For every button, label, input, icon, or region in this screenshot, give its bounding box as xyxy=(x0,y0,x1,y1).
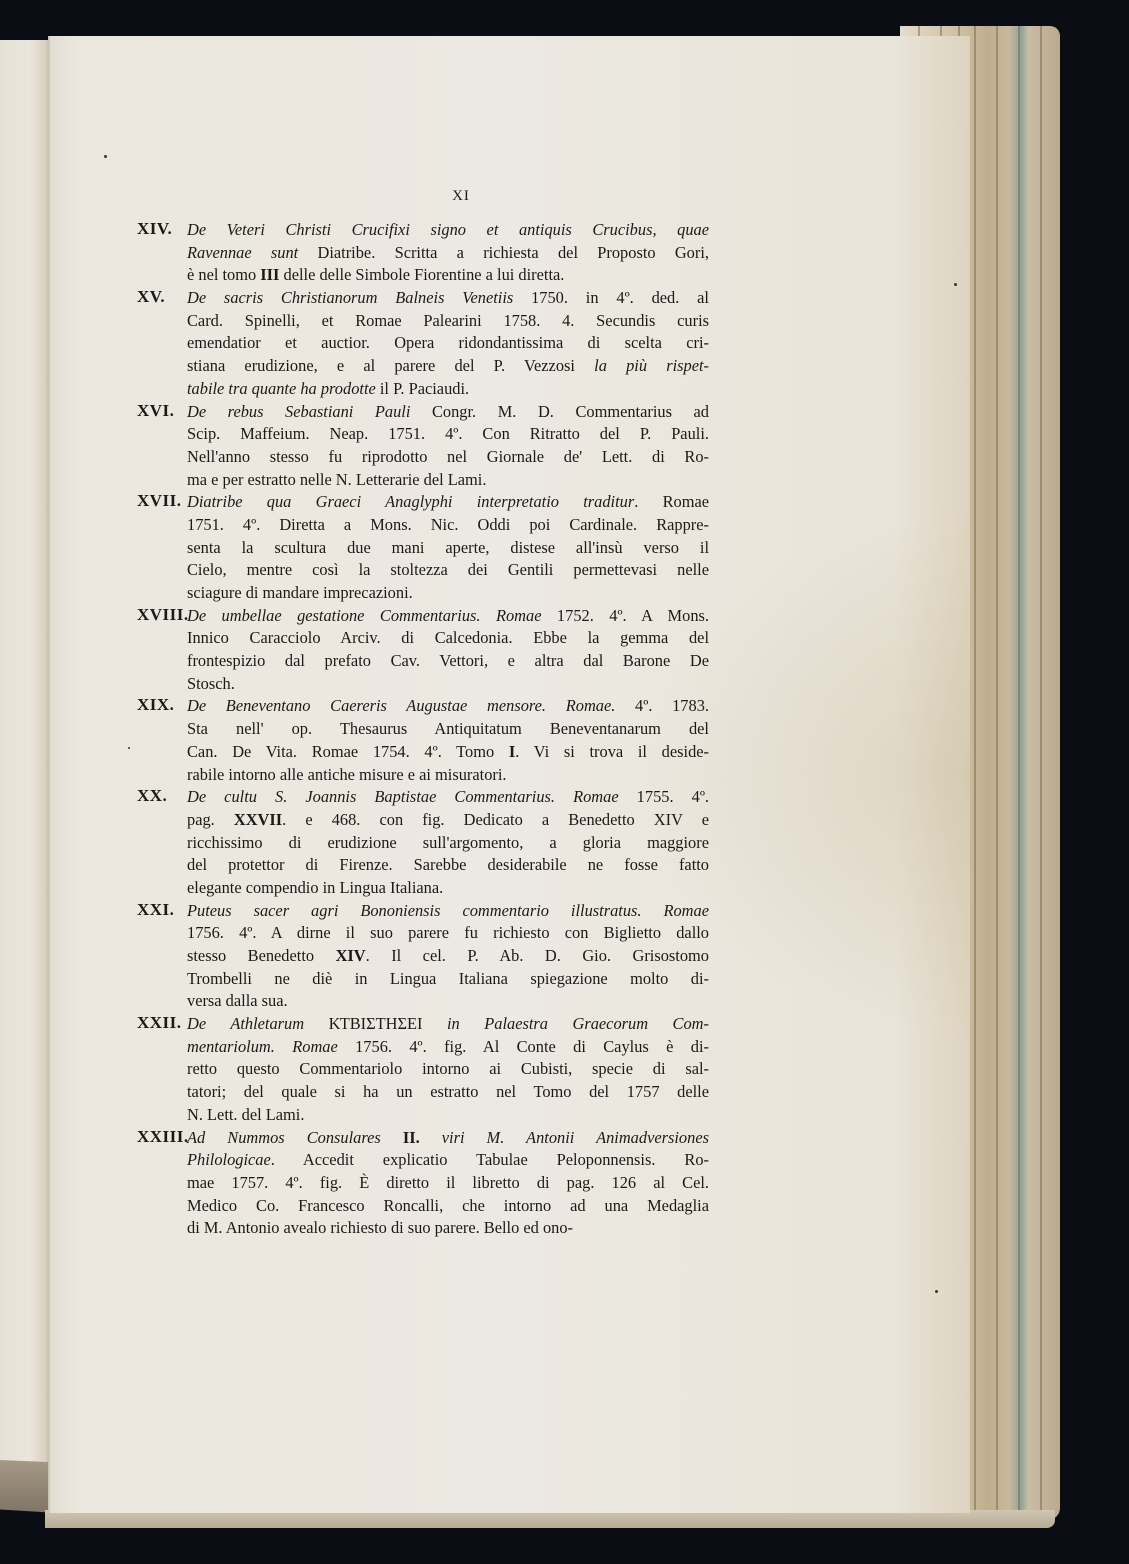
entry-text-line: emendatior et auctior. Opera ridondantis… xyxy=(187,332,709,355)
entry-text-line: stiana erudizione, e al parere del P. Ve… xyxy=(187,355,709,378)
entry-text-line: sciagure di mandare imprecazioni. xyxy=(187,582,709,605)
entry-text-line: Card. Spinelli, et Romae Palearini 1758.… xyxy=(187,310,709,333)
entry-text-line: Scip. Maffeium. Neap. 1751. 4º. Con Ritr… xyxy=(187,423,709,446)
body-text: Stosch. xyxy=(187,674,235,693)
italic-title-text: De rebus Sebastiani Pauli xyxy=(187,402,410,421)
entry-number: XIX. xyxy=(137,695,174,715)
entry-text-line: stesso Benedetto XIV. Il cel. P. Ab. D. … xyxy=(187,945,709,968)
italic-title-text: Philologicae xyxy=(187,1150,271,1169)
body-text: ΚΤΒΙΣΤΗΣΕΙ xyxy=(304,1014,447,1033)
left-page-edge xyxy=(0,40,50,1470)
entry-text-line: pag. XXVII. e 468. con fig. Dedicato a B… xyxy=(187,809,709,832)
entry-text-line: De rebus Sebastiani Pauli Congr. M. D. C… xyxy=(187,401,709,424)
paper-speck xyxy=(935,1290,938,1293)
entry-text-line: Puteus sacer agri Bononiensis commentari… xyxy=(187,900,709,923)
entry-text-line: Philologicae. Accedit explicatio Tabulae… xyxy=(187,1149,709,1172)
body-text: 1756. 4º. A dirne il suo parere fu richi… xyxy=(187,923,709,942)
body-text: . Vi si trova il deside- xyxy=(515,742,709,761)
body-text: 1755. 4º. xyxy=(619,787,709,806)
entry-text-line: retto questo Commentariolo intorno ai Cu… xyxy=(187,1058,709,1081)
entry-text-line: tabile tra quante ha prodotte il P. Paci… xyxy=(187,378,709,401)
entry-text-line: 1751. 4º. Diretta a Mons. Nic. Oddi poi … xyxy=(187,514,709,537)
body-text: III xyxy=(260,265,279,284)
body-text: Cielo, mentre così la stoltezza dei Gent… xyxy=(187,560,709,579)
entry-text-line: Can. De Vita. Romae 1754. 4º. Tomo I. Vi… xyxy=(187,741,709,764)
body-text: sciagure di mandare imprecazioni. xyxy=(187,583,413,602)
entry-number: XX. xyxy=(137,786,167,806)
body-text: emendatior et auctior. Opera ridondantis… xyxy=(187,333,709,352)
italic-title-text: De umbellae gestatione Commentarius. Rom… xyxy=(187,606,541,625)
bibliography-entry: XV.De sacris Christianorum Balneis Venet… xyxy=(137,287,709,400)
italic-title-text: De Veteri Christi Crucifixi signo et ant… xyxy=(187,220,709,239)
italic-title-text: in Palaestra Graecorum Com- xyxy=(447,1014,709,1033)
italic-title-text: Ravennae sunt xyxy=(187,243,298,262)
entry-text-line: mentariolum. Romae 1756. 4º. fig. Al Con… xyxy=(187,1036,709,1059)
body-text: . Accedit explicatio Tabulae Peloponnens… xyxy=(271,1150,709,1169)
entry-text-line: 1756. 4º. A dirne il suo parere fu richi… xyxy=(187,922,709,945)
body-text: Nell'anno stesso fu riprodotto nel Giorn… xyxy=(187,447,709,466)
entry-text-line: Ravennae sunt Diatribe. Scritta a richie… xyxy=(187,242,709,265)
body-text: II. xyxy=(381,1128,442,1147)
bibliography-entry: XIV.De Veteri Christi Crucifixi signo et… xyxy=(137,219,709,287)
entry-text-line: Medico Co. Francesco Roncalli, che intor… xyxy=(187,1195,709,1218)
body-text: 1751. 4º. Diretta a Mons. Nic. Oddi poi … xyxy=(187,515,709,534)
entry-text-line: Stosch. xyxy=(187,673,709,696)
body-text: pag. xyxy=(187,810,234,829)
italic-title-text: De Beneventano Caereris Augustae mensore… xyxy=(187,696,615,715)
body-text: Card. Spinelli, et Romae Palearini 1758.… xyxy=(187,311,709,330)
body-text: ricchissimo di erudizione sull'argomento… xyxy=(187,833,709,852)
entry-number: XIV. xyxy=(137,219,172,239)
entry-number: XXII. xyxy=(137,1013,182,1033)
entry-text-line: Ad Nummos Consulares II. viri M. Antonii… xyxy=(187,1127,709,1150)
body-text: Diatribe. Scritta a richiesta del Propos… xyxy=(298,243,709,262)
entry-number: XXI. xyxy=(137,900,174,920)
body-text: 1752. 4º. A Mons. xyxy=(541,606,709,625)
body-text: è nel tomo xyxy=(187,265,260,284)
italic-title-text: la più rispet- xyxy=(594,356,709,375)
entry-text-line: mae 1757. 4º. fig. È diretto il libretto… xyxy=(187,1172,709,1195)
entry-text-line: elegante compendio in Lingua Italiana. xyxy=(187,877,709,900)
body-text: ma e per estratto nelle N. Letterarie de… xyxy=(187,470,486,489)
entry-text-line: versa dalla sua. xyxy=(187,990,709,1013)
body-text: . e 468. con fig. Dedicato a Benedetto X… xyxy=(282,810,709,829)
entry-number: XVI. xyxy=(137,401,174,421)
body-text: Medico Co. Francesco Roncalli, che intor… xyxy=(187,1196,709,1215)
entry-text-line: di M. Antonio avealo richiesto di suo pa… xyxy=(187,1217,709,1240)
entry-text-line: Innico Caracciolo Arciv. di Calcedonia. … xyxy=(187,627,709,650)
body-text: Scip. Maffeium. Neap. 1751. 4º. Con Ritr… xyxy=(187,424,709,443)
entry-text-line: De umbellae gestatione Commentarius. Rom… xyxy=(187,605,709,628)
bibliography-entry: XVI.De rebus Sebastiani Pauli Congr. M. … xyxy=(137,401,709,492)
body-text: senta la scultura due mani aperte, diste… xyxy=(187,538,709,557)
entry-text-line: del protettor di Firenze. Sarebbe deside… xyxy=(187,854,709,877)
body-text: N. Lett. del Lami. xyxy=(187,1105,304,1124)
body-text: stesso Benedetto xyxy=(187,946,336,965)
italic-title-text: Ad Nummos Consulares xyxy=(187,1128,381,1147)
bibliography-entry: XX.De cultu S. Joannis Baptistae Comment… xyxy=(137,786,709,899)
italic-title-text: De cultu S. Joannis Baptistae Commentari… xyxy=(187,787,619,806)
bibliography-entry: XIX.De Beneventano Caereris Augustae men… xyxy=(137,695,709,786)
body-text: Innico Caracciolo Arciv. di Calcedonia. … xyxy=(187,628,709,647)
body-text: XIV xyxy=(336,946,366,965)
body-text: stiana erudizione, e al parere del P. Ve… xyxy=(187,356,594,375)
body-text: versa dalla sua. xyxy=(187,991,288,1010)
body-text: . Il cel. P. Ab. D. Gio. Grisostomo xyxy=(366,946,709,965)
entry-text-line: De sacris Christianorum Balneis Venetiis… xyxy=(187,287,709,310)
body-text: 1750. in 4º. ded. al xyxy=(513,288,709,307)
entry-text-line: rabile intorno alle antiche misure e ai … xyxy=(187,764,709,787)
bibliography-entry: XXI.Puteus sacer agri Bononiensis commen… xyxy=(137,900,709,1013)
bibliography-entry: XVII.Diatribe qua Graeci Anaglyphi inter… xyxy=(137,491,709,604)
body-text: 4º. 1783. xyxy=(615,696,709,715)
entry-text-line: tatori; del quale si ha un estratto nel … xyxy=(187,1081,709,1104)
body-text: tatori; del quale si ha un estratto nel … xyxy=(187,1082,709,1101)
body-text: . Romae xyxy=(634,492,709,511)
entry-text-line: è nel tomo III delle delle Simbole Fiore… xyxy=(187,264,709,287)
entry-text-line: senta la scultura due mani aperte, diste… xyxy=(187,537,709,560)
body-text: Congr. M. D. Commentarius ad xyxy=(410,402,709,421)
italic-title-text: tabile tra quante ha prodotte xyxy=(187,379,376,398)
page-number: XI xyxy=(441,188,481,205)
paper-speck xyxy=(128,747,130,749)
body-text: retto questo Commentariolo intorno ai Cu… xyxy=(187,1059,709,1078)
entry-text-line: ma e per estratto nelle N. Letterarie de… xyxy=(187,469,709,492)
paper-speck xyxy=(104,155,107,158)
body-text: XXVII xyxy=(234,810,282,829)
body-text: del protettor di Firenze. Sarebbe deside… xyxy=(187,855,709,874)
body-text: Sta nell' op. Thesaurus Antiquitatum Ben… xyxy=(187,719,709,738)
italic-title-text: mentariolum. Romae xyxy=(187,1037,338,1056)
entry-text-line: frontespizio dal prefato Cav. Vettori, e… xyxy=(187,650,709,673)
body-text: il P. Paciaudi. xyxy=(376,379,469,398)
bibliography-entry: XXII.De Athletarum ΚΤΒΙΣΤΗΣΕΙ in Palaest… xyxy=(137,1013,709,1126)
italic-title-text: De Athletarum xyxy=(187,1014,304,1033)
entry-number: XV. xyxy=(137,287,165,307)
body-text: frontespizio dal prefato Cav. Vettori, e… xyxy=(187,651,709,670)
entry-text-line: Trombelli ne diè in Lingua Italiana spie… xyxy=(187,968,709,991)
entry-text-line: Cielo, mentre così la stoltezza dei Gent… xyxy=(187,559,709,582)
entry-text-line: ricchissimo di erudizione sull'argomento… xyxy=(187,832,709,855)
italic-title-text: viri M. Antonii Animadversiones xyxy=(442,1128,709,1147)
body-text: rabile intorno alle antiche misure e ai … xyxy=(187,765,507,784)
entry-text-line: De Athletarum ΚΤΒΙΣΤΗΣΕΙ in Palaestra Gr… xyxy=(187,1013,709,1036)
body-text: Trombelli ne diè in Lingua Italiana spie… xyxy=(187,969,709,988)
body-text: Can. De Vita. Romae 1754. 4º. Tomo xyxy=(187,742,509,761)
bibliography-entry: XVIII.De umbellae gestatione Commentariu… xyxy=(137,605,709,696)
entry-text-line: Diatribe qua Graeci Anaglyphi interpreta… xyxy=(187,491,709,514)
entry-text-line: De Beneventano Caereris Augustae mensore… xyxy=(187,695,709,718)
italic-title-text: De sacris Christianorum Balneis Venetiis xyxy=(187,288,513,307)
italic-title-text: Puteus sacer agri Bononiensis commentari… xyxy=(187,901,709,920)
paper-speck xyxy=(954,283,957,286)
body-text: 1756. 4º. fig. Al Conte di Caylus è di- xyxy=(338,1037,709,1056)
bibliography-list: XIV.De Veteri Christi Crucifixi signo et… xyxy=(137,219,709,1240)
body-text: elegante compendio in Lingua Italiana. xyxy=(187,878,443,897)
entry-text-line: Sta nell' op. Thesaurus Antiquitatum Ben… xyxy=(187,718,709,741)
entry-text-line: De Veteri Christi Crucifixi signo et ant… xyxy=(187,219,709,242)
body-text: delle delle Simbole Fiorentine a lui dir… xyxy=(279,265,564,284)
entry-text-line: De cultu S. Joannis Baptistae Commentari… xyxy=(187,786,709,809)
entry-text-line: Nell'anno stesso fu riprodotto nel Giorn… xyxy=(187,446,709,469)
entry-number: XXIII. xyxy=(137,1127,189,1147)
bibliography-entry: XXIII.Ad Nummos Consulares II. viri M. A… xyxy=(137,1127,709,1240)
entry-number: XVIII. xyxy=(137,605,189,625)
entry-text-line: N. Lett. del Lami. xyxy=(187,1104,709,1127)
body-text: di M. Antonio avealo richiesto di suo pa… xyxy=(187,1218,573,1237)
entry-number: XVII. xyxy=(137,491,182,511)
body-text: mae 1757. 4º. fig. È diretto il libretto… xyxy=(187,1173,709,1192)
italic-title-text: Diatribe qua Graeci Anaglyphi interpreta… xyxy=(187,492,634,511)
